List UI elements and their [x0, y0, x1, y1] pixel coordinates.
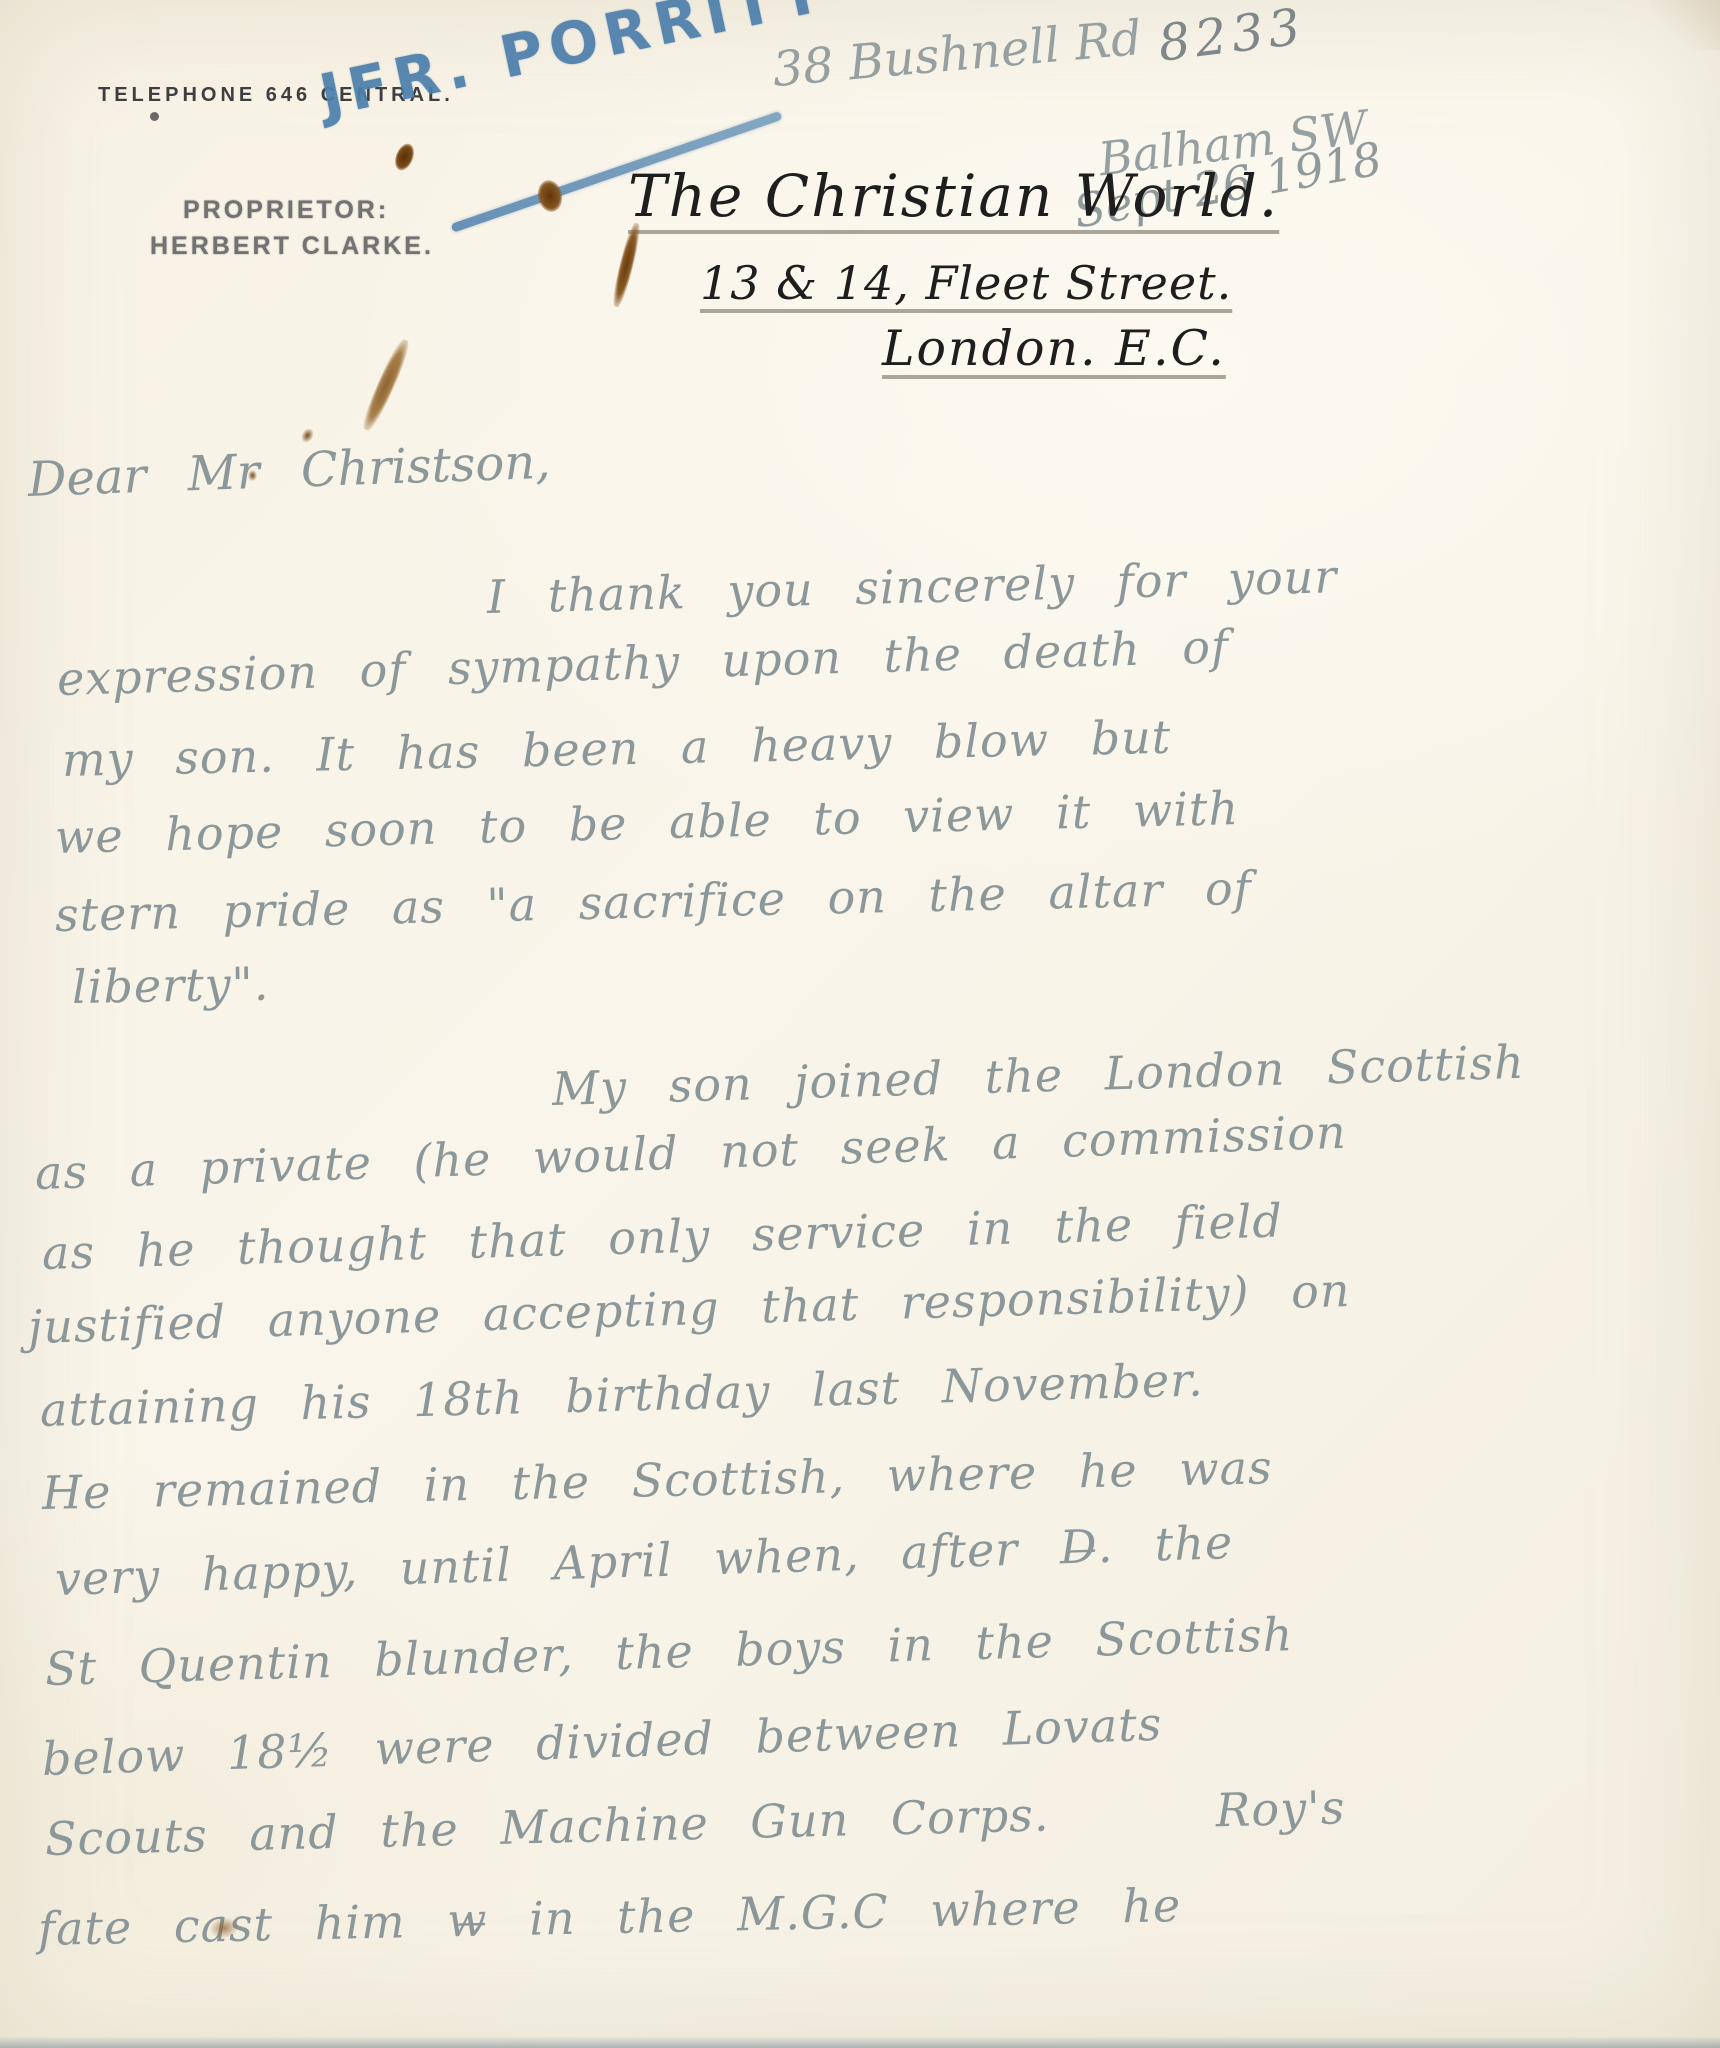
letterhead-publication-name: The Christian World. [628, 162, 1279, 230]
ink-stain [535, 178, 565, 214]
handwritten-line: justified anyone accepting that responsi… [27, 1263, 1351, 1354]
proprietor-name: HERBERT CLARKE. [150, 232, 434, 261]
proprietor-label: PROPRIETOR: [183, 196, 389, 225]
handwritten-line: My son joined the London Scottish [551, 1035, 1525, 1116]
scan-corner-shadow [1650, 0, 1720, 50]
archive-number: 8233 [1155, 0, 1308, 73]
handwritten-line: Scouts and the Machine Gun Corps. Roy's [44, 1780, 1346, 1866]
handwritten-line: below 18½ were divided between Lovats [41, 1697, 1163, 1786]
ink-dot [150, 112, 159, 121]
handwritten-line: fate cast him w̶ in the M.G.C where he [37, 1878, 1181, 1956]
salutation: Dear Mr Christson, [27, 434, 551, 508]
handwritten-line: I thank you sincerely for your [486, 549, 1338, 624]
letter-scan-page: TELEPHONE 646 CENTRAL. PROPRIETOR: HERBE… [0, 0, 1720, 2048]
handwritten-line: we hope soon to be able to view it with [54, 781, 1239, 864]
scan-bottom-edge [0, 2036, 1720, 2048]
handwritten-line: as he thought that only service in the f… [41, 1194, 1283, 1280]
blue-pencil-name-annotation: JFR. PORRITT [314, 0, 833, 130]
handwritten-line: stern pride as "a sacrifice on the altar… [54, 861, 1252, 942]
handwritten-line: my son. It has been a heavy blow but [61, 710, 1171, 787]
handwritten-line: St Quentin blunder, the boys in the Scot… [44, 1607, 1294, 1696]
letterhead-city: London. E.C. [882, 320, 1226, 377]
ink-stain [391, 141, 417, 173]
ink-stain [610, 222, 643, 309]
handwritten-line: as a private (he would not seek a commis… [34, 1105, 1347, 1200]
ink-stain [359, 337, 413, 433]
handwritten-line: very happy, until April when, after D̶. … [54, 1515, 1234, 1606]
letterhead-street-address: 13 & 14, Fleet Street. [700, 256, 1232, 310]
handwritten-line: He remained in the Scottish, where he wa… [41, 1440, 1273, 1520]
handwritten-line: attaining his 18th birthday last Novembe… [39, 1353, 1204, 1437]
handwritten-line: expression of sympathy upon the death of [56, 619, 1229, 706]
ink-stain [248, 470, 257, 481]
handwritten-line: liberty". [72, 957, 270, 1014]
